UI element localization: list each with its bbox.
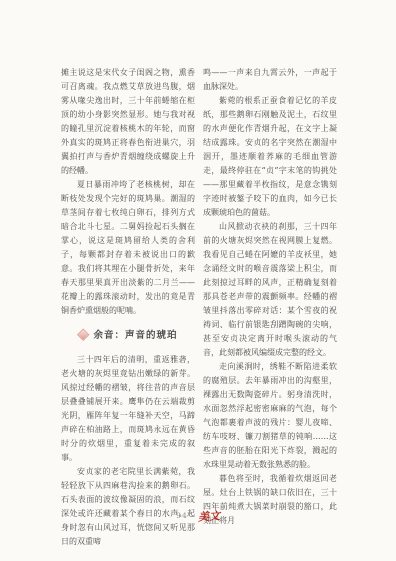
section-heading-text: 余音：声音的琥珀 bbox=[93, 330, 177, 341]
body-paragraph: 三十四年后的清明，重返雅砻，老火塘的灰烬里竟钻出嫩绿的新芽。风掠过经幡的褶皱，将… bbox=[61, 353, 195, 465]
page-footer: 94 美文 bbox=[0, 505, 396, 524]
left-column: 摊主说这是宋代女子闺阁之物，熏香可召离魂。我点燃艾草放进鸟腹，烟雾从喙尖逸出时，… bbox=[61, 66, 195, 549]
body-paragraph: 摊主说这是宋代女子闺阁之物，熏香可召离魂。我点燃艾草放进鸟腹，烟雾从喙尖逸出时，… bbox=[61, 66, 195, 178]
body-paragraph: 山风掀动衣袂的刹那，三十四年前的火塘灰烬突然在视网膜上复燃。我看见自己蜷在阿嬷的… bbox=[203, 220, 337, 360]
body-paragraph: 走向溪涧时，绣鞋不断陷进柔软的腐殖层。去年暴雨冲出的沟壑里，裸露出无数陶瓷碎片。… bbox=[203, 360, 337, 472]
body-paragraph: 紫菀的根系正蚕食着记忆的羊皮纸，那些鹅卵石刚触及泥土，石纹里的水声便化作青烟升起… bbox=[203, 94, 337, 220]
magazine-logo: 美文 bbox=[197, 507, 220, 524]
diamond-ornament-icon bbox=[77, 328, 90, 341]
right-column: 鸣——一声来自九霄云外，一声起于血脉深处。 紫菀的根系正蚕食着记忆的羊皮纸，那些… bbox=[203, 66, 337, 549]
page-number: 94 bbox=[176, 511, 188, 520]
text-columns: 摊主说这是宋代女子闺阁之物，熏香可召离魂。我点燃艾草放进鸟腹，烟雾从喙尖逸出时，… bbox=[61, 66, 338, 549]
body-paragraph: 夏日暴雨冲垮了老核桃树，却在断枝处发现个完好的斑鸠巢。潮湿的草茎间存着七枚纯白卵… bbox=[61, 178, 195, 318]
book-page: 摊主说这是宋代女子闺阁之物，熏香可召离魂。我点燃艾草放进鸟腹，烟雾从喙尖逸出时，… bbox=[0, 0, 396, 561]
body-paragraph: 鸣——一声来自九霄云外，一声起于血脉深处。 bbox=[203, 66, 337, 94]
section-heading: 余音：声音的琥珀 bbox=[61, 329, 195, 343]
